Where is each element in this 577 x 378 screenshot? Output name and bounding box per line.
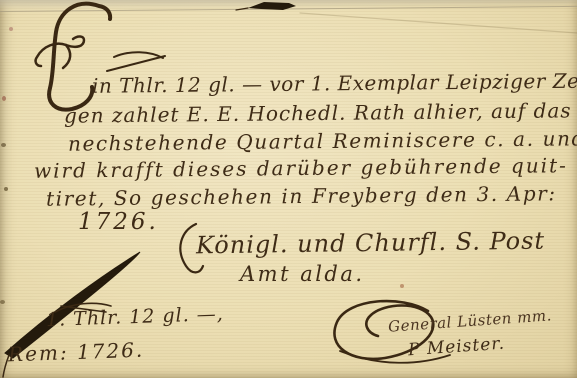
- paper-blemish: [1, 143, 6, 147]
- scanned-document: in Thlr. 12 gl. — vor 1. Exemplar Leipzi…: [0, 0, 577, 378]
- body-line-3: nechstehende Quartal Reminiscere c. a. u…: [68, 127, 577, 154]
- body-line-5: tiret, So geschehen in Freyberg den 3. A…: [46, 182, 557, 209]
- office-line-1: Königl. und Churfl. S. Post: [196, 228, 545, 259]
- paper-blemish: [4, 187, 8, 191]
- paper-blemish: [0, 300, 5, 304]
- body-line-2: gen zahlet E. E. Hochedl. Rath alhier, a…: [64, 99, 572, 126]
- body-line-6-year: 1726.: [78, 210, 159, 235]
- office-line-2: Amt alda.: [240, 263, 365, 286]
- body-line-4: wird krafft dieses darüber gebührende qu…: [34, 154, 568, 182]
- amount-note-line-2: Rem: 1726.: [8, 339, 145, 366]
- paper-blemish: [2, 96, 6, 101]
- paper-blemish: [400, 284, 404, 288]
- paper-blemish: [9, 27, 13, 31]
- body-line-1: in Thlr. 12 gl. — vor 1. Exemplar Leipzi…: [92, 69, 577, 97]
